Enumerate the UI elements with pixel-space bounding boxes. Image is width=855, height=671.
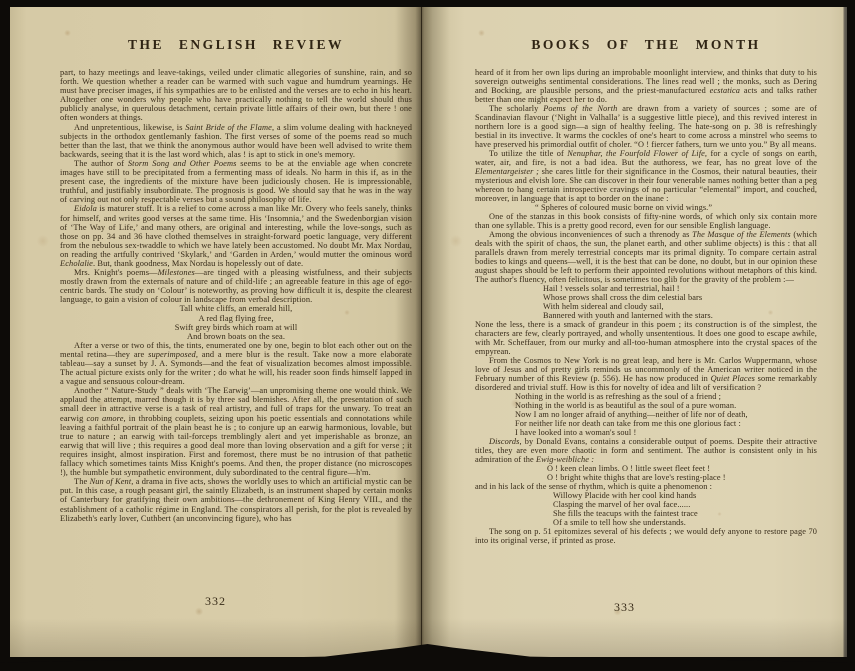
book-title-italic: Elementargeister ; — [475, 167, 539, 176]
book-title-italic: Nun of Kent — [90, 477, 132, 486]
paragraph: The song on p. 51 epitomizes several of … — [475, 527, 817, 545]
book-title-italic: ecstatica — [710, 86, 740, 95]
text-run: is maturer stuff. It is a relief to come… — [60, 204, 412, 258]
verse-line: “ Spheres of coloured music borne on viv… — [535, 203, 817, 212]
paragraph: The scholarly Poems of the North are dra… — [475, 104, 817, 149]
verse-line: Clasping the marvel of her oval face....… — [553, 500, 817, 509]
paragraph: Another “ Nature-Study ” deals with ‘The… — [60, 386, 412, 477]
paragraph: Among the obvious inconveniences of such… — [475, 230, 817, 284]
text-run: To utilize the title of — [489, 149, 567, 158]
paragraph: After a verse or two of this, the tints,… — [60, 341, 412, 386]
paragraph: heard of it from her own lips during an … — [475, 68, 817, 104]
text-run: None the less, there is a smack of grand… — [475, 320, 817, 356]
book-title-italic: con amore — [86, 414, 123, 423]
running-header-left: THE ENGLISH REVIEW — [60, 37, 412, 53]
verse-block: Nothing in the world is as refreshing as… — [515, 392, 817, 437]
book-title-italic: Echolalie — [60, 259, 93, 268]
book-title-italic: superimposed — [148, 350, 196, 359]
verse-line: And brown boats on the sea. — [60, 332, 412, 341]
page-number-left: 332 — [10, 594, 421, 609]
paragraph: From the Cosmos to New York is no great … — [475, 356, 817, 392]
paragraph: Eidola is maturer stuff. It is a relief … — [60, 204, 412, 268]
text-run: Mrs. Knight's poems— — [74, 268, 158, 277]
verse-line: Now I am no longer afraid of anything—ne… — [515, 410, 817, 419]
left-page-text: part, to hazy meetings and leave-takings… — [60, 68, 412, 523]
paragraph: Discords, by Donald Evans, contains a co… — [475, 437, 817, 464]
verse-line: Whose prows shall cross the dim celestia… — [543, 293, 817, 302]
verse-line: O ! keen clean limbs. O ! little sweet f… — [547, 464, 817, 473]
verse-line: Nothing in the world is as beautiful as … — [515, 401, 817, 410]
verse-line: Bannered with youth and lanterned with t… — [543, 311, 817, 320]
text-run: One of the stanzas in this book consists… — [475, 212, 817, 230]
text-run: The — [74, 477, 90, 486]
verse-line: For neither life nor death can take from… — [515, 419, 817, 428]
paragraph: part, to hazy meetings and leave-takings… — [60, 68, 412, 123]
text-run: (which deals with the spirit of chaos, t… — [475, 230, 817, 284]
paragraph: Mrs. Knight's poems—Milestones—are tinge… — [60, 268, 412, 304]
verse-block: Hail ! vessels solar and terrestrial, ha… — [543, 284, 817, 320]
verse-line: I have looked into a woman's soul ! — [515, 428, 817, 437]
page-number-right: 333 — [422, 600, 827, 615]
verse-block: “ Spheres of coloured music borne on viv… — [535, 203, 817, 212]
text-run: The song on p. 51 epitomizes several of … — [475, 527, 817, 545]
text-run: . But, thank goodness, Max Nordau is hop… — [93, 259, 303, 268]
paragraph: The Nun of Kent, a drama in five acts, s… — [60, 477, 412, 522]
verse-line: Nothing in the world is as refreshing as… — [515, 392, 817, 401]
book-title-italic: Storm Song and Other Poems — [128, 159, 237, 168]
verse-block: Willowy Placide with her cool kind hands… — [553, 491, 817, 527]
text-run: , in throbbing couplets, seizing upon hi… — [60, 414, 412, 478]
paragraph: And unpretentious, likewise, is Saint Br… — [60, 123, 412, 159]
page-top-edge — [0, 0, 855, 7]
paragraph: and in his lack of the sense of rhythm, … — [475, 482, 817, 491]
paragraph: None the less, there is a smack of grand… — [475, 320, 817, 356]
running-header-right: BOOKS OF THE MONTH — [475, 37, 817, 53]
left-page: THE ENGLISH REVIEW part, to hazy meeting… — [10, 7, 421, 657]
text-run: , by Donald Evans, contains a considerab… — [475, 437, 817, 464]
book-title-italic: The Masque of the Elements — [692, 230, 791, 239]
verse-block: O ! keen clean limbs. O ! little sweet f… — [547, 464, 817, 482]
text-run: The scholarly — [489, 104, 543, 113]
text-run: And unpretentious, likewise, is — [74, 123, 185, 132]
verse-line: Hail ! vessels solar and terrestrial, ha… — [543, 284, 817, 293]
paragraph: To utilize the title of Nenuphar, the Fo… — [475, 149, 817, 203]
book-title-italic: Eidola — [74, 204, 97, 213]
right-page-text: heard of it from her own lips during an … — [475, 68, 817, 545]
book-title-italic: Poems of the North — [543, 104, 617, 113]
text-run: The author of — [74, 159, 128, 168]
verse-line: Of a smile to tell how she understands. — [553, 518, 817, 527]
verse-block: Tall white cliffs, an emerald hill,A red… — [60, 304, 412, 340]
verse-line: Tall white cliffs, an emerald hill, — [60, 304, 412, 313]
book-title-italic: Quiet Places — [711, 374, 755, 383]
text-run: Among the obvious inconveniences of such… — [489, 230, 692, 239]
book-title-italic: Ewig-weibliche : — [536, 455, 594, 464]
paragraph: The author of Storm Song and Other Poems… — [60, 159, 412, 204]
book-spread: THE ENGLISH REVIEW part, to hazy meeting… — [0, 0, 855, 671]
book-title-italic: Nenuphar, the Fourfold Flower of Life, — [567, 149, 707, 158]
book-title-italic: Discords — [489, 437, 519, 446]
right-page: BOOKS OF THE MONTH heard of it from her … — [421, 7, 847, 657]
verse-line: Swift grey birds which roam at will — [60, 323, 412, 332]
text-run: part, to hazy meetings and leave-takings… — [60, 68, 412, 122]
text-run: and in his lack of the sense of rhythm, … — [475, 482, 712, 491]
verse-line: With helm sidereal and cloudy sail, — [543, 302, 817, 311]
verse-line: A red flag flying free, — [60, 314, 412, 323]
verse-line: Willowy Placide with her cool kind hands — [553, 491, 817, 500]
paragraph: One of the stanzas in this book consists… — [475, 212, 817, 230]
book-title-italic: Milestones — [158, 268, 195, 277]
book-title-italic: Saint Bride of the Flame — [185, 123, 272, 132]
verse-line: She fills the teacups with the faintest … — [553, 509, 817, 518]
verse-line: O ! bright white thighs that are love's … — [547, 473, 817, 482]
